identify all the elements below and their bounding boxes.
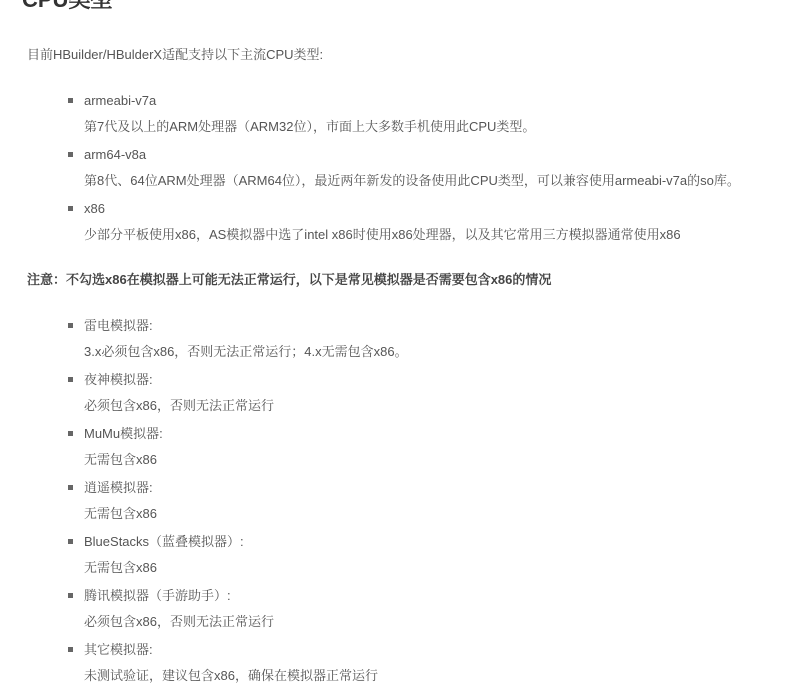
- emulator-description: 无需包含x86: [84, 558, 408, 578]
- emulator-name: 其它模拟器:: [84, 640, 408, 660]
- list-item: x86 少部分平板使用x86，AS模拟器中选了intel x86时使用x86处理…: [0, 199, 740, 253]
- square-bullet-icon: [68, 206, 73, 211]
- emulator-list: 雷电模拟器: 3.x必须包含x86，否则无法正常运行；4.x无需包含x86。 夜…: [0, 316, 408, 694]
- cpu-type-list: armeabi-v7a 第7代及以上的ARM处理器（ARM32位），市面上大多数…: [0, 91, 740, 253]
- note-text: 注意：不勾选x86在模拟器上可能无法正常运行，以下是常见模拟器是否需要包含x86…: [27, 270, 551, 290]
- square-bullet-icon: [68, 593, 73, 598]
- list-item: BlueStacks（蓝叠模拟器）: 无需包含x86: [0, 532, 408, 586]
- list-item: 腾讯模拟器（手游助手）: 必须包含x86，否则无法正常运行: [0, 586, 408, 640]
- list-item: 逍遥模拟器: 无需包含x86: [0, 478, 408, 532]
- section-heading: CPU类型: [22, 0, 112, 14]
- square-bullet-icon: [68, 152, 73, 157]
- list-item: arm64-v8a 第8代、64位ARM处理器（ARM64位），最近两年新发的设…: [0, 145, 740, 199]
- square-bullet-icon: [68, 98, 73, 103]
- emulator-description: 未测试验证，建议包含x86，确保在模拟器正常运行: [84, 666, 408, 686]
- cpu-type-description: 第7代及以上的ARM处理器（ARM32位），市面上大多数手机使用此CPU类型。: [84, 117, 740, 137]
- square-bullet-icon: [68, 323, 73, 328]
- cpu-type-name: arm64-v8a: [84, 145, 740, 165]
- list-item: 其它模拟器: 未测试验证，建议包含x86，确保在模拟器正常运行: [0, 640, 408, 694]
- square-bullet-icon: [68, 647, 73, 652]
- list-item: armeabi-v7a 第7代及以上的ARM处理器（ARM32位），市面上大多数…: [0, 91, 740, 145]
- emulator-description: 无需包含x86: [84, 450, 408, 470]
- emulator-name: 腾讯模拟器（手游助手）:: [84, 586, 408, 606]
- cpu-type-description: 第8代、64位ARM处理器（ARM64位），最近两年新发的设备使用此CPU类型，…: [84, 171, 740, 191]
- square-bullet-icon: [68, 377, 73, 382]
- emulator-name: MuMu模拟器:: [84, 424, 408, 444]
- square-bullet-icon: [68, 539, 73, 544]
- cpu-type-name: armeabi-v7a: [84, 91, 740, 111]
- cpu-type-description: 少部分平板使用x86，AS模拟器中选了intel x86时使用x86处理器，以及…: [84, 225, 740, 245]
- square-bullet-icon: [68, 485, 73, 490]
- emulator-description: 必须包含x86，否则无法正常运行: [84, 396, 408, 416]
- emulator-description: 3.x必须包含x86，否则无法正常运行；4.x无需包含x86。: [84, 342, 408, 362]
- intro-text: 目前HBuilder/HBulderX适配支持以下主流CPU类型:: [27, 45, 323, 65]
- list-item: 夜神模拟器: 必须包含x86，否则无法正常运行: [0, 370, 408, 424]
- emulator-description: 无需包含x86: [84, 504, 408, 524]
- cpu-type-name: x86: [84, 199, 740, 219]
- emulator-name: 逍遥模拟器:: [84, 478, 408, 498]
- list-item: 雷电模拟器: 3.x必须包含x86，否则无法正常运行；4.x无需包含x86。: [0, 316, 408, 370]
- emulator-name: 夜神模拟器:: [84, 370, 408, 390]
- emulator-description: 必须包含x86，否则无法正常运行: [84, 612, 408, 632]
- list-item: MuMu模拟器: 无需包含x86: [0, 424, 408, 478]
- emulator-name: BlueStacks（蓝叠模拟器）:: [84, 532, 408, 552]
- emulator-name: 雷电模拟器:: [84, 316, 408, 336]
- square-bullet-icon: [68, 431, 73, 436]
